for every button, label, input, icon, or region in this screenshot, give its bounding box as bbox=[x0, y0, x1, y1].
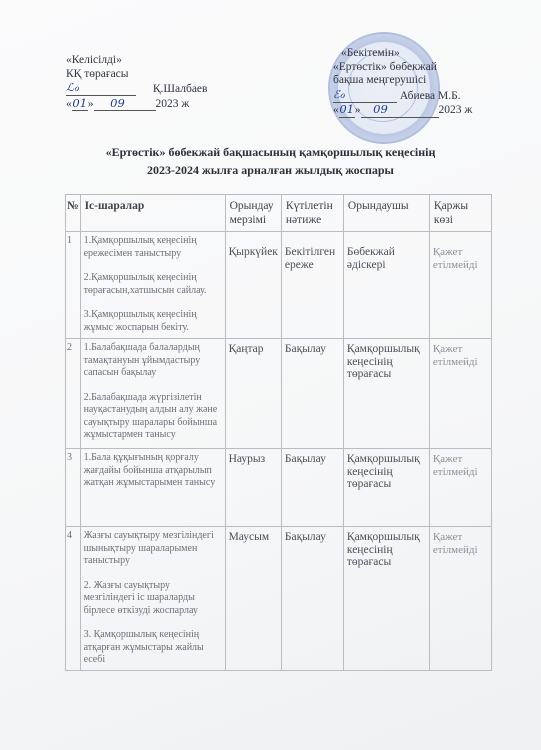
table-header-row: № Іс-шаралар Орындау мерзімі Күтілетін н… bbox=[66, 195, 492, 232]
row-activities: 1.Бала құқығының қорғалу жағдайы бойынша… bbox=[80, 449, 225, 527]
signature-icon: ℰℴ bbox=[333, 88, 397, 104]
table-row: 4 Жазғы сауықтыру мезгіліндегі шынықтыру… bbox=[66, 527, 492, 671]
agreed-heading: «Келісілді» bbox=[66, 53, 207, 67]
agreed-name: Қ.Шалбаев bbox=[153, 83, 208, 95]
header-activities: Іс-шаралар bbox=[80, 195, 225, 232]
row-term: Маусым bbox=[225, 527, 281, 671]
approved-org: «Ертөстік» бөбекжай bbox=[333, 61, 472, 75]
signature-icon: ℒℴ bbox=[66, 81, 136, 96]
header-term: Орындау мерзімі bbox=[225, 195, 281, 232]
row-number: 2 bbox=[66, 339, 81, 449]
row-result: Бекітілген ереже bbox=[281, 232, 343, 339]
approved-heading: «Бекітемін» bbox=[333, 47, 472, 61]
row-executor: Қамқоршылық кеңесінің төрағасы bbox=[343, 449, 429, 527]
row-number: 1 bbox=[66, 232, 81, 339]
approved-date: «01»092023 ж bbox=[333, 103, 472, 118]
row-result: Бақылау bbox=[281, 449, 343, 527]
table-row: 1 1.Қамқоршылық кеңесінің ережесімен тан… bbox=[66, 232, 492, 339]
agreed-date-day: 01 bbox=[72, 96, 88, 111]
header-result: Күтілетін нәтиже bbox=[281, 195, 343, 232]
approved-name: Абиева М.Б. bbox=[400, 90, 461, 102]
agreed-signature-line: ℒℴ Қ.Шалбаев bbox=[66, 81, 207, 96]
approved-date-year: 2023 ж bbox=[439, 104, 473, 116]
header-no: № bbox=[66, 195, 81, 232]
header-executor: Орындаушы bbox=[343, 195, 429, 232]
row-term: Қыркүйек bbox=[225, 232, 281, 339]
row-funding: Қажет етілмейді bbox=[429, 527, 491, 671]
agreed-date: «01»092023 ж bbox=[66, 96, 207, 111]
document-page: «Келісілді» КҚ төрағасы ℒℴ Қ.Шалбаев «01… bbox=[0, 0, 541, 750]
row-executor: Қамқоршылық кеңесінің төрағасы bbox=[343, 339, 429, 449]
approved-block: «Бекітемін» «Ертөстік» бөбекжай бақша ме… bbox=[333, 47, 472, 118]
row-number: 3 bbox=[66, 449, 81, 527]
row-executor: Қамқоршылық кеңесінің төрағасы bbox=[343, 527, 429, 671]
approved-position: бақша меңгерушісі bbox=[333, 74, 472, 88]
row-funding: Қажет етілмейді bbox=[429, 339, 491, 449]
row-activities: Жазғы сауықтыру мезгіліндегі шынықтыру ш… bbox=[80, 527, 225, 671]
header-funding: Қаржы көзі bbox=[429, 195, 491, 232]
row-funding: Қажет етілмейді bbox=[429, 232, 491, 339]
row-executor: Бөбекжай әдіскері bbox=[343, 232, 429, 339]
agreed-date-month: 09 bbox=[94, 96, 142, 111]
annual-plan-table: № Іс-шаралар Орындау мерзімі Күтілетін н… bbox=[65, 194, 492, 671]
row-term: Қаңтар bbox=[225, 339, 281, 449]
table-row: 2 1.Балабақшада балалардың тамақтануын ұ… bbox=[66, 339, 492, 449]
document-title-line2: 2023-2024 жылға арналған жылдық жоспары bbox=[0, 163, 541, 178]
row-activities: 1.Қамқоршылық кеңесінің ережесімен таныс… bbox=[80, 232, 225, 339]
table-row: 3 1.Бала құқығының қорғалу жағдайы бойын… bbox=[66, 449, 492, 527]
row-result: Бақылау bbox=[281, 339, 343, 449]
approved-date-month: 09 bbox=[361, 103, 401, 118]
row-number: 4 bbox=[66, 527, 81, 671]
row-term: Наурыз bbox=[225, 449, 281, 527]
approved-date-day: 01 bbox=[339, 103, 355, 118]
approved-signature-line: ℰℴ Абиева М.Б. bbox=[333, 88, 472, 104]
document-title-line1: «Ертөстік» бөбекжай бақшасының қамқоршыл… bbox=[0, 145, 541, 160]
row-funding: Қажет етілмейді bbox=[429, 449, 491, 527]
agreed-position: КҚ төрағасы bbox=[66, 67, 207, 81]
agreed-date-year: 2023 ж bbox=[156, 98, 190, 110]
row-result: Бақылау bbox=[281, 527, 343, 671]
agreed-block: «Келісілді» КҚ төрағасы ℒℴ Қ.Шалбаев «01… bbox=[66, 53, 207, 111]
row-activities: 1.Балабақшада балалардың тамақтануын ұйы… bbox=[80, 339, 225, 449]
